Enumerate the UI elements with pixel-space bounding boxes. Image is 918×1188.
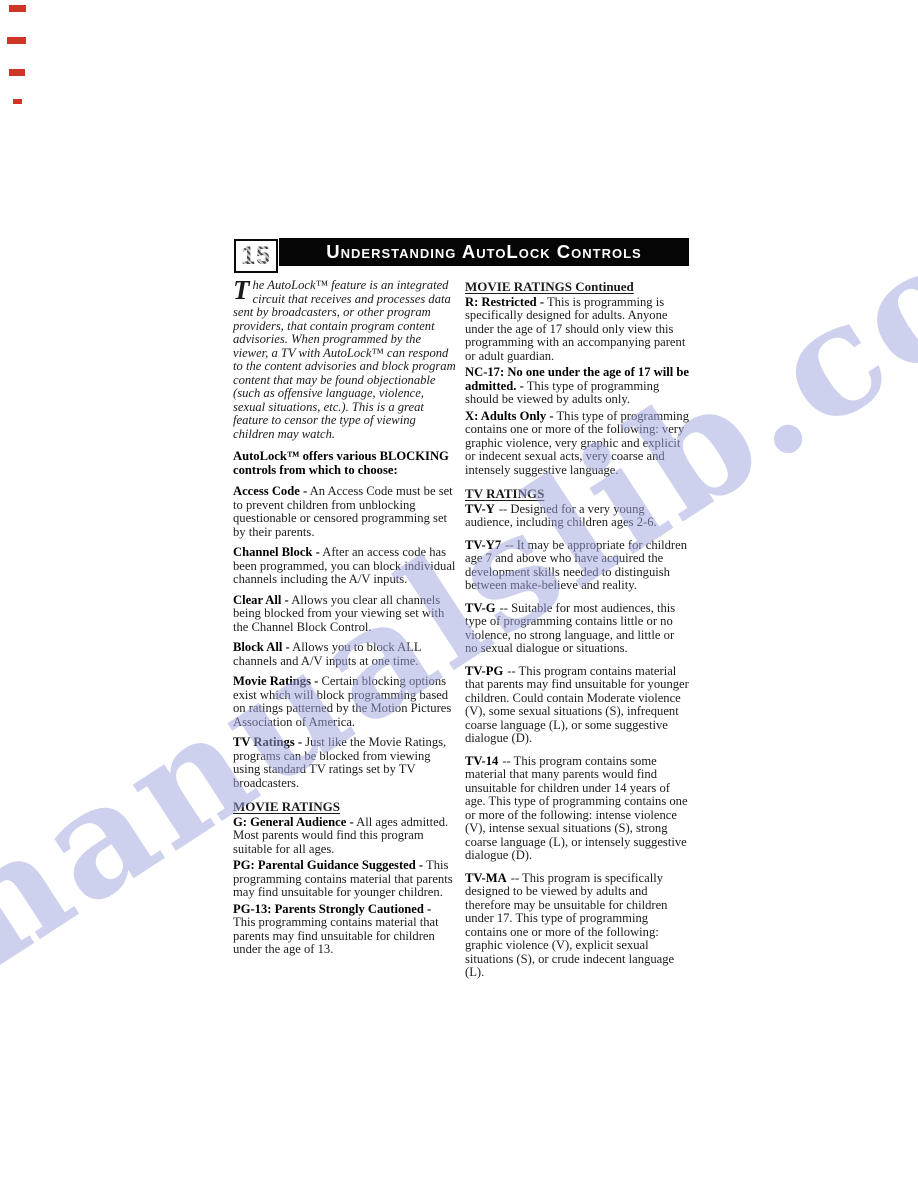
term: R: Restricted - [465,295,544,309]
definition-channel-block: Channel Block - After an access code has… [233,546,456,587]
term: Access Code - [233,484,307,498]
definition-clear-all: Clear All - Allows you clear all channel… [233,594,456,635]
right-column: MOVIE RATINGS Continued R: Restricted - … [465,279,689,989]
term: Movie Ratings - [233,674,318,688]
rating-g: G: General Audience - All ages admitted.… [233,816,456,857]
rating-r: R: Restricted - This is programming is s… [465,296,689,364]
definition-block-all: Block All - Allows you to block ALL chan… [233,641,456,668]
drop-cap: T [233,280,250,301]
definition-text: -- This program is specifically designed… [465,871,674,980]
definition-text: -- This program contains some material t… [465,754,688,863]
rating-tv-14: TV-14-- This program contains some mater… [465,755,689,863]
movie-ratings-continued-heading: MOVIE RATINGS Continued [465,280,689,294]
term: Clear All - [233,593,289,607]
rating-x: X: Adults Only - This type of programmin… [465,410,689,478]
rating-tv-y: TV-Y-- Designed for a very young audienc… [465,503,689,530]
definition-text: This programming contains material that … [233,915,439,956]
rating-pg13: PG-13: Parents Strongly Cautioned - This… [233,903,456,957]
chapter-header-bar: 15 Understanding AutoLock Controls [233,238,689,266]
movie-ratings-heading: MOVIE RATINGS [233,800,456,814]
tv-ratings-heading: TV RATINGS [465,487,689,501]
red-scan-mark [9,69,25,76]
intro-paragraph: The AutoLock™ feature is an integrated c… [233,279,456,441]
term: X: Adults Only - [465,409,554,423]
term: TV Ratings - [233,735,302,749]
chapter-number-box: 15 [234,239,278,273]
blocking-controls-heading: AutoLock™ offers various BLOCKING contro… [233,450,456,477]
rating-pg: PG: Parental Guidance Suggested - This p… [233,859,456,900]
term: TV-PG [465,664,503,678]
red-scan-mark [7,37,26,44]
term: PG-13: Parents Strongly Cautioned - [233,902,431,916]
rating-nc17: NC-17: No one under the age of 17 will b… [465,366,689,407]
intro-text: he AutoLock™ feature is an integrated ci… [233,278,456,441]
term: TV-14 [465,754,498,768]
term: TV-Y [465,502,495,516]
term: TV-G [465,601,496,615]
two-column-body: The AutoLock™ feature is an integrated c… [233,279,689,989]
term: TV-Y7 [465,538,501,552]
chapter-number: 15 [241,244,271,269]
definition-text: -- Suitable for most audiences, this typ… [465,601,675,656]
term: Block All - [233,640,290,654]
rating-tv-y7: TV-Y7-- It may be appropriate for childr… [465,539,689,593]
definition-movie-ratings: Movie Ratings - Certain blocking options… [233,675,456,729]
term: TV-MA [465,871,507,885]
red-scan-mark [9,5,26,12]
term: G: General Audience - [233,815,354,829]
rating-tv-g: TV-G-- Suitable for most audiences, this… [465,602,689,656]
rating-tv-ma: TV-MA-- This program is specifically des… [465,872,689,980]
red-scan-mark [13,99,22,104]
left-column: The AutoLock™ feature is an integrated c… [233,279,456,989]
chapter-title: Understanding AutoLock Controls [285,238,683,266]
rating-tv-pg: TV-PG-- This program contains material t… [465,665,689,746]
term: Channel Block - [233,545,320,559]
definition-tv-ratings: TV Ratings - Just like the Movie Ratings… [233,736,456,790]
definition-access-code: Access Code - An Access Code must be set… [233,485,456,539]
term: PG: Parental Guidance Suggested - [233,858,423,872]
manual-page: 15 Understanding AutoLock Controls The A… [233,238,689,989]
